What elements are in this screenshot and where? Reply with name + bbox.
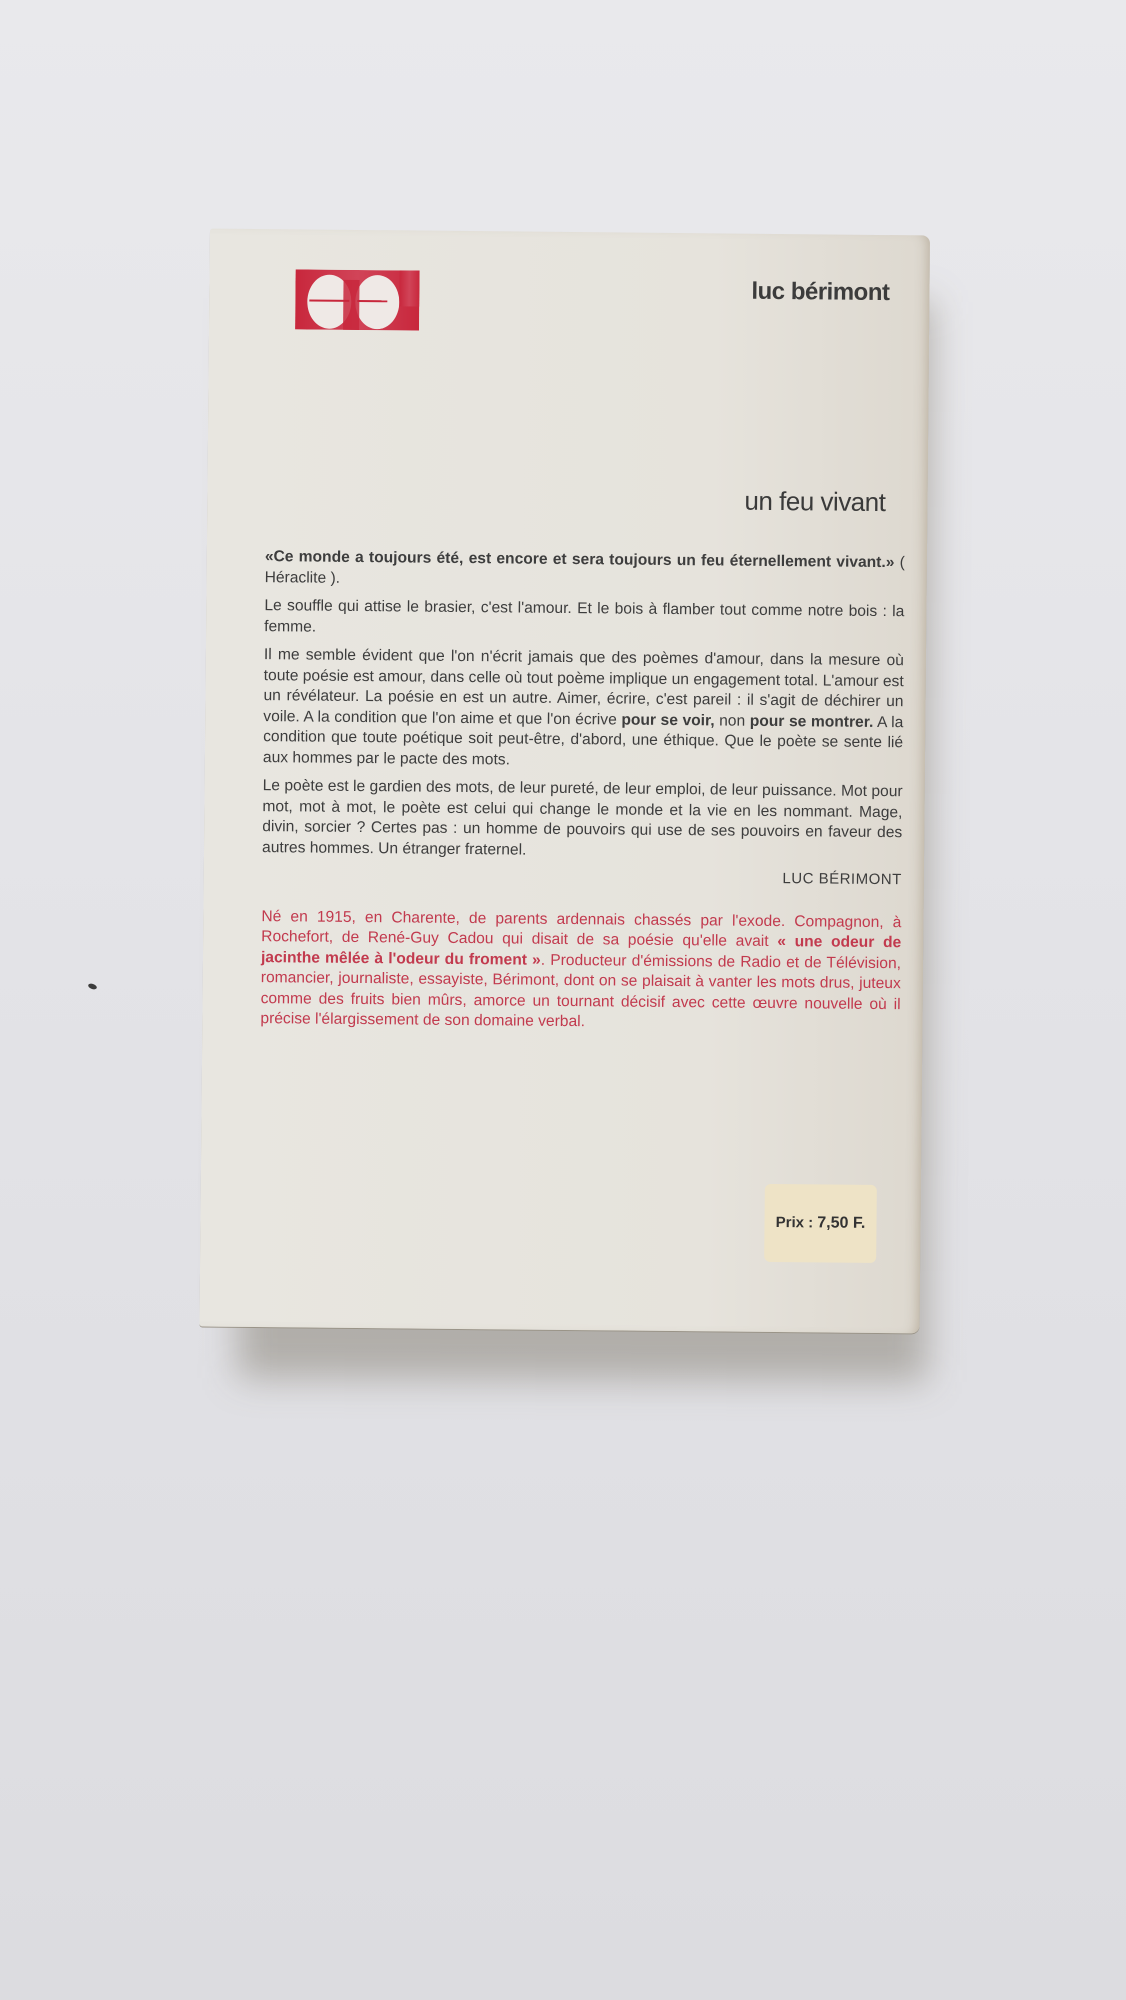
book-back-cover: luc bérimont un feu vivant «Ce monde a t…: [199, 229, 930, 1334]
price-sticker: Prix : 7,50 F.: [764, 1184, 877, 1263]
price-label: Prix :: [776, 1214, 814, 1231]
author-bio: Né en 1915, en Charente, de parents arde…: [260, 907, 901, 1036]
emphasis-voir: pour se voir,: [621, 711, 714, 729]
publisher-logo-icon: [295, 269, 420, 330]
epigraph-quote: «Ce monde a toujours été, est encore et …: [265, 548, 895, 571]
epigraph: «Ce monde a toujours été, est encore et …: [265, 547, 905, 594]
book-title: un feu vivant: [744, 486, 885, 518]
author-name: luc bérimont: [751, 278, 889, 307]
paragraph-2: Il me semble évident que l'on n'écrit ja…: [263, 645, 904, 774]
paragraph-3: Le poète est le gardien des mots, de leu…: [262, 776, 903, 864]
blurb: «Ce monde a toujours été, est encore et …: [260, 547, 905, 1044]
signature: LUC BÉRIMONT: [262, 864, 902, 891]
price: Prix : 7,50 F.: [776, 1214, 866, 1233]
surface-speck: [87, 983, 97, 991]
emphasis-montrer: pour se montrer.: [750, 712, 874, 730]
paragraph-1: Le souffle qui attise le brasier, c'est …: [264, 596, 904, 643]
price-value: 7,50 F.: [817, 1214, 865, 1231]
